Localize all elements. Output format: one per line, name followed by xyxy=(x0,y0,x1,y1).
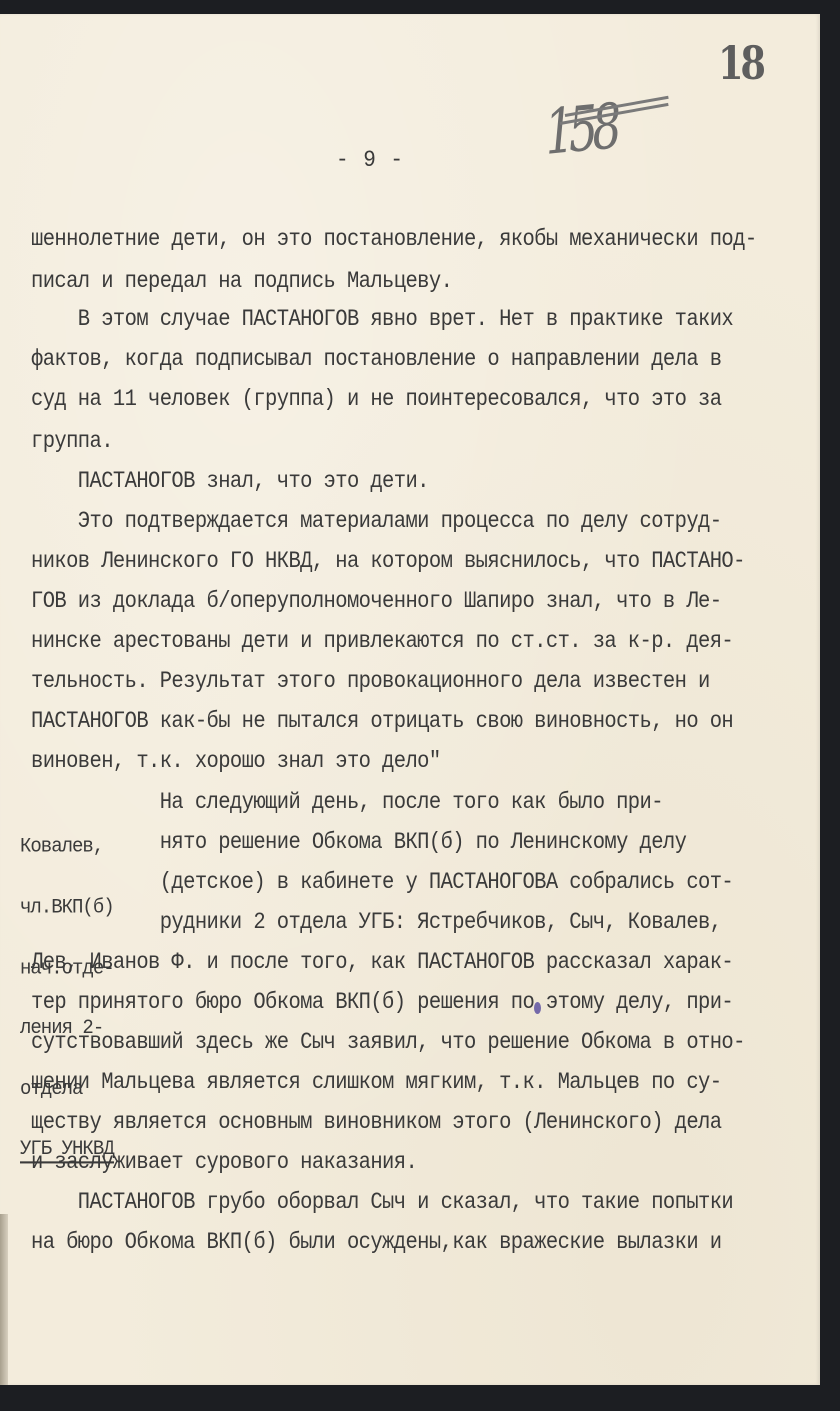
text-line: ГОВ из доклада б/оперуполномоченного Шап… xyxy=(31,589,721,615)
page-edge-shadow xyxy=(0,1214,8,1385)
ink-correction-mark xyxy=(534,1002,541,1014)
text-line: (детское) в кабинете у ПАСТАНОГОВА собра… xyxy=(31,870,733,896)
text-line: ников Ленинского ГО НКВД, на котором выя… xyxy=(31,549,745,575)
text-line: фактов, когда подписывал постановление о… xyxy=(31,347,721,373)
margin-note-line: нач.отде- xyxy=(20,958,114,978)
archive-number: 18 xyxy=(718,36,763,90)
text-line: ПАСТАНОГОВ как-бы не пытался отрицать св… xyxy=(31,709,733,735)
text-line: ПАСТАНОГОВ знал, что это дети. xyxy=(31,469,429,495)
archive-number-struck: 158 xyxy=(543,89,617,168)
document-page: - 9 - 158 18 шеннолетние дети, он это по… xyxy=(0,14,820,1385)
margin-note: Ковалев, чл.ВКП(б) нач.отде- ления 2- от… xyxy=(20,797,114,1200)
text-line: В этом случае ПАСТАНОГОВ явно врет. Нет … xyxy=(31,307,733,333)
text-line: нинске арестованы дети и привлекаются по… xyxy=(31,629,733,655)
text-line: На следующий день, после того как было п… xyxy=(31,790,663,816)
text-line: на бюро Обкома ВКП(б) были осуждены,как … xyxy=(31,1230,721,1256)
margin-note-line: ления 2- xyxy=(20,1019,114,1039)
page-number: - 9 - xyxy=(336,148,404,174)
text-line: Это подтверждается материалами процесса … xyxy=(31,509,721,535)
text-line: тер принятого бюро Обкома ВКП(б) решения… xyxy=(31,990,733,1016)
text-line: суд на 11 человек (группа) и не поинтере… xyxy=(31,387,721,413)
text-line: шеннолетние дети, он это постановление, … xyxy=(31,227,757,253)
margin-note-line: чл.ВКП(б) xyxy=(20,898,114,918)
text-line: ПАСТАНОГОВ грубо оборвал Сыч и сказал, ч… xyxy=(31,1190,733,1216)
margin-note-line: Ковалев, xyxy=(20,837,114,857)
text-line: Лев, Иванов Ф. и после того, как ПАСТАНО… xyxy=(31,950,733,976)
text-line: группа. xyxy=(31,429,113,455)
text-line: виновен, т.к. хорошо знал это дело" xyxy=(31,749,441,775)
text-line: ществу является основным виновником этог… xyxy=(31,1110,721,1136)
text-line: шении Мальцева является слишком мягким, … xyxy=(31,1070,721,1096)
text-line: писал и передал на подпись Мальцеву. xyxy=(31,269,452,295)
text-line: сутствовавший здесь же Сыч заявил, что р… xyxy=(31,1030,745,1056)
text-line: рудники 2 отдела УГБ: Ястребчиков, Сыч, … xyxy=(31,910,721,936)
text-line: тельность. Результат этого провокационно… xyxy=(31,669,710,695)
margin-note-underlined: УГБ УНКВД xyxy=(20,1138,114,1164)
margin-note-line: отдела xyxy=(20,1079,114,1099)
text-line: нято решение Обкома ВКП(б) по Ленинскому… xyxy=(31,830,686,856)
margin-note-line: УГБ УНКВД xyxy=(20,1140,114,1160)
